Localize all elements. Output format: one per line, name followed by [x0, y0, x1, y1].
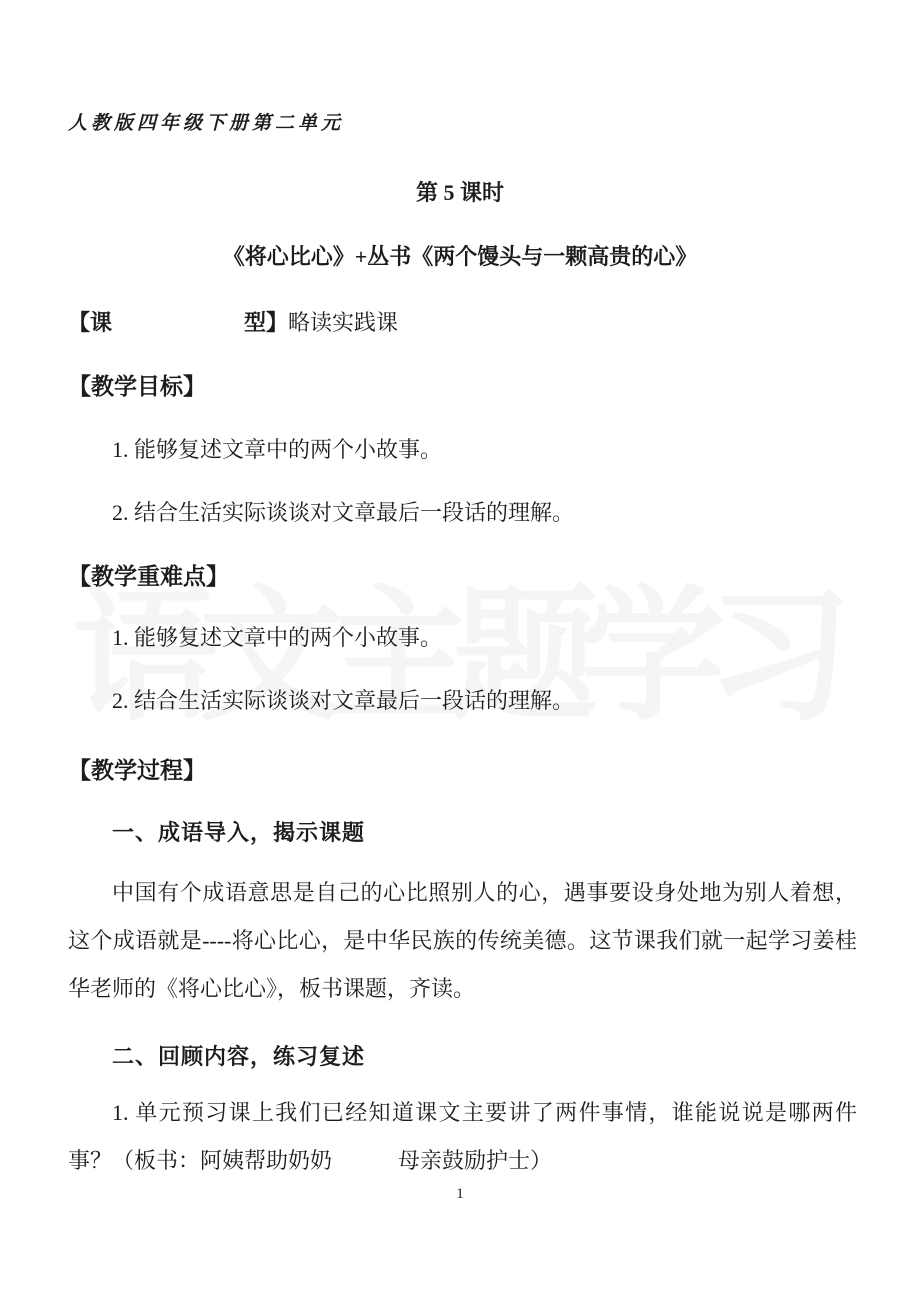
key-point-item-2: 2. 结合生活实际谈谈对文章最后一段话的理解。 — [112, 684, 574, 715]
course-type-line: 【课 型】略读实践课 — [68, 306, 398, 337]
process-heading: 【教学过程】 — [68, 752, 206, 785]
document-page: 语文主题学习 人教版四年级下册第二单元 第 5 课时 《将心比心》+丛书《两个馒… — [0, 0, 920, 1302]
session-title: 第 5 课时 — [0, 176, 920, 207]
objective-item-1: 1. 能够复述文章中的两个小故事。 — [112, 433, 442, 464]
process-step2-heading: 二、回顾内容，练习复述 — [112, 1040, 365, 1071]
process-step2-paragraph: 1. 单元预习课上我们已经知道课文主要讲了两件事情，谁能说说是哪两件事？（板书：… — [68, 1089, 857, 1185]
key-points-heading: 【教学重难点】 — [68, 558, 229, 591]
objectives-heading: 【教学目标】 — [68, 368, 206, 401]
objective-item-2: 2. 结合生活实际谈谈对文章最后一段话的理解。 — [112, 496, 574, 527]
course-type-value: 略读实践课 — [288, 310, 398, 335]
document-header: 人教版四年级下册第二单元 — [68, 108, 344, 135]
lesson-title: 《将心比心》+丛书《两个馒头与一颗高贵的心》 — [0, 240, 920, 271]
process-step1-paragraph: 中国有个成语意思是自己的心比照别人的心，遇事要设身处地为别人着想，这个成语就是-… — [68, 869, 857, 1013]
process-step1-heading: 一、成语导入，揭示课题 — [112, 816, 365, 847]
watermark: 语文主题学习 — [72, 566, 834, 746]
course-type-label: 【课 型】 — [68, 310, 288, 335]
key-point-item-1: 1. 能够复述文章中的两个小故事。 — [112, 621, 442, 652]
page-number: 1 — [0, 1186, 920, 1203]
